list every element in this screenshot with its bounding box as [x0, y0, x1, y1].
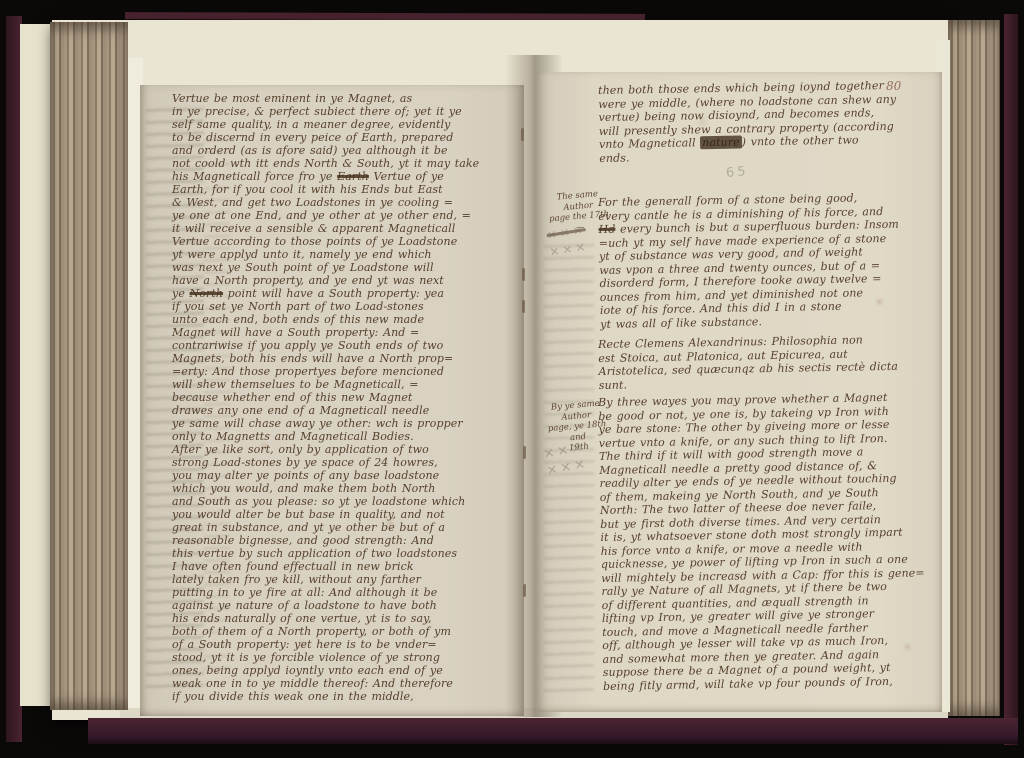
right-page-paragraph-2: For the generall form of a stone being g…: [598, 190, 940, 331]
manuscript-line: was next ye South point of ye Loadstone …: [172, 261, 524, 274]
manuscript-line: because whether end of this new Magnet: [172, 391, 524, 404]
manuscript-line: if you divide this weak one in the middl…: [172, 690, 524, 703]
manuscript-line: his ends naturally of one vertue, yt is …: [172, 612, 524, 625]
manuscript-line: stood, yt it is ye forcible violence of …: [172, 651, 524, 664]
manuscript-line: both of them of a North property, or bot…: [172, 625, 524, 638]
manuscript-line: Vertue be most eminent in ye Magnet, as: [172, 92, 524, 105]
manuscript-line: unto each end, both ends of this new mad…: [172, 313, 524, 326]
left-page-text: Vertue be most eminent in ye Magnet, asi…: [172, 92, 524, 703]
manuscript-line: contrariwise if you apply ye South ends …: [172, 339, 524, 352]
manuscript-line: of a South property: yet here is to be v…: [172, 638, 524, 651]
manuscript-line: only to Magnetts and Magneticall Bodies.: [172, 430, 524, 443]
photograph-open-manuscript-book: Vertue be most eminent in ye Magnet, asi…: [0, 0, 1024, 758]
manuscript-line: & West, and get two Loadstones in ye coo…: [172, 196, 524, 209]
manuscript-line: drawes any one end of a Magneticall need…: [172, 404, 524, 417]
binding-stitch: [521, 128, 524, 141]
manuscript-line: yt were applyd unto it, namely ye end wh…: [172, 248, 524, 261]
manuscript-line: it will receive a sensible & apparent Ma…: [172, 222, 524, 235]
manuscript-line: strong Load-stones by ye space of 24 how…: [172, 456, 524, 469]
manuscript-line: ye North point will have a South propert…: [172, 287, 524, 300]
flyleaf-left-edge: [20, 24, 54, 706]
manuscript-line: have a North property, and ye end yt was…: [172, 274, 524, 287]
manuscript-line: Magnet will have a South property: And =: [172, 326, 524, 339]
binding-stitch: [522, 300, 525, 313]
manuscript-line: against ye nature of a loadstone to have…: [172, 599, 524, 612]
pencil-x-marks-group-1: ××××××: [546, 221, 590, 261]
right-page-paragraph-1: then both those ends which being ioynd t…: [598, 78, 939, 165]
manuscript-line: I have often found effectuall in new bri…: [172, 560, 524, 573]
manuscript-line: not coold wth itt ends North & South, yt…: [172, 157, 524, 170]
page-edge-stack-left: [50, 22, 128, 710]
manuscript-line: reasonable bignesse, and good strength: …: [172, 534, 524, 547]
binding-stitch: [522, 268, 525, 281]
manuscript-line: you would alter be but base in quality, …: [172, 508, 524, 521]
book-cover-bottom: [88, 718, 1018, 744]
manuscript-line: =erty: And those propertyes before menci…: [172, 365, 524, 378]
manuscript-line: lately taken fro ye kill, without any fa…: [172, 573, 524, 586]
manuscript-line: Magnets, both his ends will have a North…: [172, 352, 524, 365]
manuscript-line: ones, being applyd ioyntly vnto each end…: [172, 664, 524, 677]
manuscript-line: Vertue according to those points of ye L…: [172, 235, 524, 248]
manuscript-line: self same quality, in a meaner degree, e…: [172, 118, 524, 131]
right-page-paragraph-3-latin-quote: Recte Clemens Alexandrinus: Philosophia …: [598, 332, 939, 392]
manuscript-line: if you set ye North part of two Load-sto…: [172, 300, 524, 313]
manuscript-line: his Magneticall force fro ye Earth Vertu…: [172, 170, 524, 183]
manuscript-line: weak one in to ye middle thereof: And th…: [172, 677, 524, 690]
pencil-number-65: 65: [725, 163, 749, 182]
manuscript-line: and orderd (as is afore said) yea althou…: [172, 144, 524, 157]
manuscript-line: great in substance, and yt ye other be b…: [172, 521, 524, 534]
book-cover-right: [1004, 14, 1018, 745]
manuscript-line: ye same will chase away ye other: wch is…: [172, 417, 524, 430]
manuscript-line: which you would, and make them both Nort…: [172, 482, 524, 495]
manuscript-line: you may alter ye points of any base load…: [172, 469, 524, 482]
binding-stitch: [523, 446, 526, 459]
manuscript-line: ye one at one End, and ye other at ye ot…: [172, 209, 524, 222]
binding-stitch: [523, 584, 526, 597]
page-edge-stack-right: [948, 20, 1000, 716]
manuscript-line: Earth, for if you cool it with his Ends …: [172, 183, 524, 196]
manuscript-line: After ye like sort, only by application …: [172, 443, 524, 456]
foxing-spots: [0, 0, 5, 4]
manuscript-line: this vertue by such application of two l…: [172, 547, 524, 560]
manuscript-line: and South as you please: so yt ye loadst…: [172, 495, 524, 508]
manuscript-line: in ye precise, & perfect subiect there o…: [172, 105, 524, 118]
manuscript-line: to be discernd in every peice of Earth, …: [172, 131, 524, 144]
right-page-paragraph-4: By three wayes you may prove whether a M…: [598, 390, 943, 693]
manuscript-line: will shew themselues to be Magneticall, …: [172, 378, 524, 391]
manuscript-line: putting in to ye fire at all: And althou…: [172, 586, 524, 599]
